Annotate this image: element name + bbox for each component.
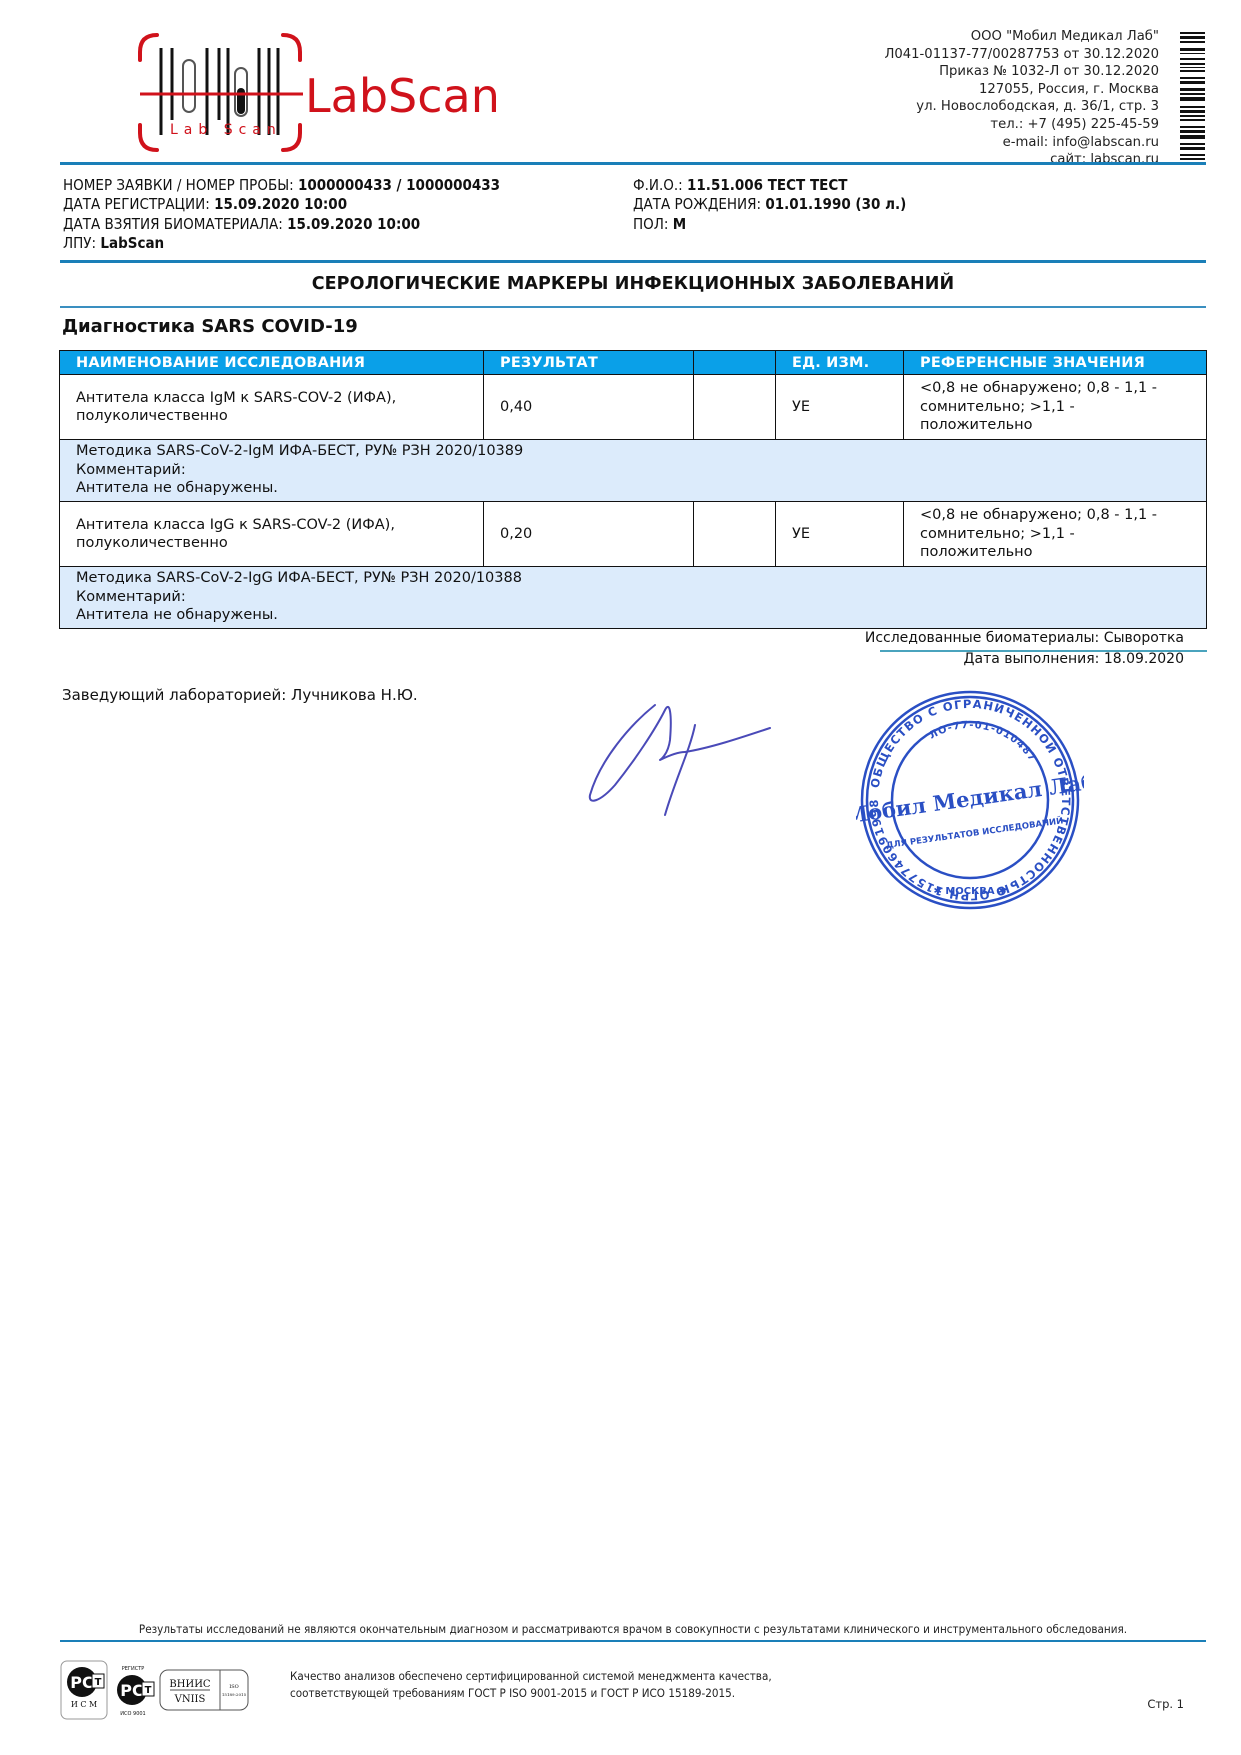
registration-date: ДАТА РЕГИСТРАЦИИ: 15.09.2020 10:00	[63, 195, 500, 214]
company-site: сайт: labscan.ru	[884, 151, 1159, 169]
lab-head: Заведующий лабораторией: Лучникова Н.Ю.	[62, 686, 418, 704]
patient-info: Ф.И.О.: 11.51.006 ТЕСТ ТЕСТ ДАТА РОЖДЕНИ…	[633, 176, 906, 234]
subsection-title: Диагностика SARS COVID-19	[62, 316, 358, 337]
test-note: Методика SARS-CoV-2-IgG ИФА-БЕСТ, РУ№ РЗ…	[60, 567, 1207, 629]
table-header: НАИМЕНОВАНИЕ ИССЛЕДОВАНИЯ РЕЗУЛЬТАТ ЕД. …	[60, 351, 1207, 375]
patient-name: Ф.И.О.: 11.51.006 ТЕСТ ТЕСТ	[633, 176, 906, 195]
quality-line-1: Качество анализов обеспечено сертифициро…	[290, 1668, 772, 1685]
test-unit: УЕ	[776, 502, 904, 567]
test-flag	[694, 375, 776, 440]
order-number: НОМЕР ЗАЯВКИ / НОМЕР ПРОБЫ: 1000000433 /…	[63, 176, 500, 195]
quality-line-2: соответствующей требованиям ГОСТ Р ISO 9…	[290, 1685, 772, 1702]
svg-text:ВНИИС: ВНИИС	[169, 1679, 211, 1690]
svg-text:✱ МОСКВА ✱: ✱ МОСКВА ✱	[933, 886, 1006, 897]
col-reference: РЕФЕРЕНСНЫЕ ЗНАЧЕНИЯ	[904, 351, 1207, 375]
test-flag	[694, 502, 776, 567]
biomaterials: Исследованные биоматериалы: Сыворотка	[865, 630, 1184, 646]
test-name: Антитела класса IgG к SARS-COV-2 (ИФА), …	[60, 502, 484, 567]
birth-date: ДАТА РОЖДЕНИЯ: 01.01.1990 (30 л.)	[633, 195, 906, 214]
comment-text: Антитела не обнаружены.	[76, 606, 1190, 625]
svg-text:LabScan: LabScan	[305, 69, 500, 123]
table-row: Антитела класса IgG к SARS-COV-2 (ИФА), …	[60, 502, 1207, 567]
company-email: e-mail: info@labscan.ru	[884, 134, 1159, 152]
svg-text:Т: Т	[145, 1685, 152, 1696]
header-divider	[60, 162, 1206, 165]
section-divider-top	[60, 260, 1206, 263]
table-note-row: Методика SARS-CoV-2-IgM ИФА-БЕСТ, РУ№ РЗ…	[60, 440, 1207, 502]
test-result: 0,20	[484, 502, 694, 567]
sample-date: ДАТА ВЗЯТИЯ БИОМАТЕРИАЛА: 15.09.2020 10:…	[63, 215, 500, 234]
order-info: НОМЕР ЗАЯВКИ / НОМЕР ПРОБЫ: 1000000433 /…	[63, 176, 500, 254]
svg-text:ИСО 9001: ИСО 9001	[120, 1711, 145, 1717]
test-note: Методика SARS-CoV-2-IgM ИФА-БЕСТ, РУ№ РЗ…	[60, 440, 1207, 502]
barcode-icon	[1180, 32, 1205, 162]
section-divider-bottom	[60, 306, 1206, 308]
completion-date: Дата выполнения: 18.09.2020	[964, 651, 1184, 667]
svg-text:VNIIS: VNIIS	[174, 1694, 206, 1705]
labscan-logo: Lab Scan LabScan	[135, 30, 505, 155]
col-test-name: НАИМЕНОВАНИЕ ИССЛЕДОВАНИЯ	[60, 351, 484, 375]
vniis-logo-icon: ВНИИС VNIIS ISO 15189:2015	[160, 1670, 248, 1710]
company-license: Л041-01137-77/00287753 от 30.12.2020	[884, 46, 1159, 64]
company-name: ООО "Мобил Медикал Лаб"	[884, 28, 1159, 46]
company-stamp: ОБЩЕСТВО С ОГРАНИЧЕННОЙ ОТВЕТСТВЕННОСТЬЮ…	[856, 686, 1084, 914]
disclaimer: Результаты исследований не являются окон…	[60, 1622, 1206, 1636]
svg-text:Т: Т	[95, 1677, 102, 1688]
col-result: РЕЗУЛЬТАТ	[484, 351, 694, 375]
results-table: НАИМЕНОВАНИЕ ИССЛЕДОВАНИЯ РЕЗУЛЬТАТ ЕД. …	[59, 350, 1207, 629]
section-title: СЕРОЛОГИЧЕСКИЕ МАРКЕРЫ ИНФЕКЦИОННЫХ ЗАБО…	[60, 274, 1206, 294]
signature-image	[560, 680, 790, 830]
company-street: ул. Новослободская, д. 36/1, стр. 3	[884, 98, 1159, 116]
test-result: 0,40	[484, 375, 694, 440]
svg-text:РС: РС	[70, 1673, 93, 1692]
test-reference: <0,8 не обнаружено; 0,8 - 1,1 - сомнител…	[904, 375, 1207, 440]
svg-text:РС: РС	[120, 1681, 143, 1700]
rst-registr-logo-icon: РЕГИСТР РС Т ИСО 9001	[117, 1666, 154, 1717]
rst-ism-logo-icon: РС Т И С М	[61, 1661, 107, 1719]
test-reference: <0,8 не обнаружено; 0,8 - 1,1 - сомнител…	[904, 502, 1207, 567]
comment-label: Комментарий:	[76, 461, 1190, 480]
table-note-row: Методика SARS-CoV-2-IgG ИФА-БЕСТ, РУ№ РЗ…	[60, 567, 1207, 629]
col-flag	[694, 351, 776, 375]
test-method: Методика SARS-CoV-2-IgG ИФА-БЕСТ, РУ№ РЗ…	[76, 569, 1190, 588]
page-number: Стр. 1	[1147, 1697, 1184, 1711]
comment-text: Антитела не обнаружены.	[76, 479, 1190, 498]
patient-sex: ПОЛ: М	[633, 215, 906, 234]
quality-statement: Качество анализов обеспечено сертифициро…	[290, 1668, 772, 1702]
company-order: Приказ № 1032-Л от 30.12.2020	[884, 63, 1159, 81]
test-method: Методика SARS-CoV-2-IgM ИФА-БЕСТ, РУ№ РЗ…	[76, 442, 1190, 461]
svg-text:15189:2015: 15189:2015	[222, 1692, 247, 1697]
svg-text:Lab Scan: Lab Scan	[170, 122, 282, 138]
svg-text:РЕГИСТР: РЕГИСТР	[122, 1666, 145, 1672]
company-city: 127055, Россия, г. Москва	[884, 81, 1159, 99]
test-name: Антитела класса IgM к SARS-COV-2 (ИФА), …	[60, 375, 484, 440]
svg-text:ISO: ISO	[229, 1684, 239, 1690]
lpu: ЛПУ: LabScan	[63, 234, 500, 253]
comment-label: Комментарий:	[76, 588, 1190, 607]
company-info: ООО "Мобил Медикал Лаб" Л041-01137-77/00…	[884, 28, 1159, 169]
test-unit: УЕ	[776, 375, 904, 440]
table-row: Антитела класса IgM к SARS-COV-2 (ИФА), …	[60, 375, 1207, 440]
footer-divider	[60, 1640, 1206, 1642]
company-phone: тел.: +7 (495) 225-45-59	[884, 116, 1159, 134]
svg-text:И С М: И С М	[71, 1700, 97, 1709]
col-unit: ЕД. ИЗМ.	[776, 351, 904, 375]
svg-text:ДЛЯ РЕЗУЛЬТАТОВ ИССЛЕДОВАНИЙ: ДЛЯ РЕЗУЛЬТАТОВ ИССЛЕДОВАНИЙ	[885, 814, 1064, 851]
certification-logos: РС Т И С М РЕГИСТР РС Т ИСО 9001 ВНИИС V…	[60, 1660, 270, 1720]
